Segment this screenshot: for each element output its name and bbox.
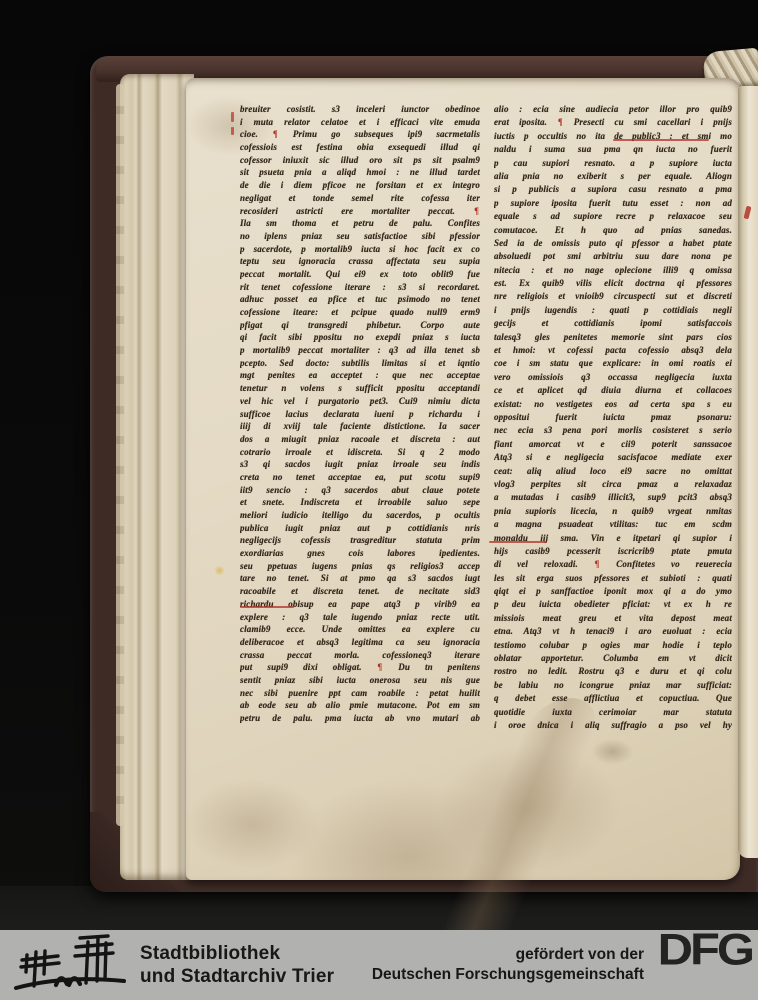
rubric-pilcrow: ¶ — [377, 662, 384, 672]
manuscript-text-line: crassa peccat morla. cofessioneq3 iterar… — [240, 649, 480, 662]
manuscript-text-line: iit9 sencio : q3 sacerdos abut claue pot… — [240, 484, 480, 497]
manuscript-text-line: et hmoi: vt cofessi pacta cofessio absq3… — [494, 344, 732, 357]
manuscript-text-line: teptu seu ignoracia crassa affectata seu… — [240, 255, 480, 268]
manuscript-text-line: si p publicis a supiora casu resnato a p… — [494, 183, 732, 196]
manuscript-text-line: peccat mortalit. Qui ei9 ex toto oblit9 … — [240, 268, 480, 281]
manuscript-text-line: et snete. Indiscreta et irroabile saluo … — [240, 496, 480, 509]
manuscript-text-line: i oroe dnica i aliq suffragio a pso vel … — [494, 719, 732, 732]
manuscript-text-line: nec ecia s3 pena pori morlis cosisteret … — [494, 424, 732, 437]
manuscript-text-line: no iplens pniaz seu satisfactioe sibi pf… — [240, 230, 480, 243]
manuscript-column-left: breuiter cosistit. s3 inceleri iunctor o… — [240, 103, 480, 725]
funding-credit: gefördert von der Deutschen Forschungsge… — [372, 945, 644, 984]
margin-rubric-tick — [231, 112, 234, 122]
footer-banner: Stadtbibliothek und Stadtarchiv Trier ge… — [0, 930, 758, 1000]
manuscript-text-line: Ila sm thoma et petru de palu. Confites — [240, 217, 480, 230]
manuscript-text-line: adhuc posset ea pfice et tuc psimodo no … — [240, 293, 480, 306]
manuscript-text-line: hijs casib9 pcesserit iscricrib9 ptate p… — [494, 545, 732, 558]
manuscript-text-line: p cau supiori resnato. a p supiore iucta — [494, 157, 732, 170]
manuscript-text-line: les sit erga suos pfessores et subioti :… — [494, 572, 732, 585]
manuscript-text-line: qi facit sibi ppositu no exepdi pniaz s … — [240, 331, 480, 344]
manuscript-text-line: iuctis p occultis no ita de public3 : et… — [494, 130, 732, 143]
manuscript-text-line: comutacoe. Et h quo ad pnias sanedas. — [494, 224, 732, 237]
dfg-logo: DFG — [658, 925, 752, 975]
manuscript-text-line: missiois meat greu et vita depost meat — [494, 612, 732, 625]
manuscript-text-line: negligecijs cofessis trasgreditur statut… — [240, 534, 480, 547]
manuscript-text-line: gecijs et cottidianis ipomi satisfaccois — [494, 317, 732, 330]
manuscript-text-line: nitecia : et no nage oplecione illi9 q o… — [494, 264, 732, 277]
facing-page-edge — [738, 86, 758, 858]
manuscript-text-line: de die i diem pficoe ne forsitan et ex i… — [240, 179, 480, 192]
manuscript-text-line: talesq3 gles penitetes memorie sint pars… — [494, 331, 732, 344]
manuscript-text-line: coe i sm statu que explicare: in omi roa… — [494, 357, 732, 370]
manuscript-text-line: naldu i suma sua pma qn iucta no fuerit — [494, 143, 732, 156]
manuscript-text-line: vlog3 perpites sit circa pmaz a relaxada… — [494, 478, 732, 491]
manuscript-text-line: absoluedi pot smi arbitriu suu dare nona… — [494, 250, 732, 263]
manuscript-text-line: explere : q3 tale iugendo pniaz recte ut… — [240, 611, 480, 624]
manuscript-text-line: ab eode seu ab alio pmie mutacone. Pot e… — [240, 699, 480, 712]
manuscript-text-line: tenetur n volens s sufficit ppositu acce… — [240, 382, 480, 395]
manuscript-text-line: equale s ad supiore recre p relaxacoe se… — [494, 210, 732, 223]
manuscript-text-line: dos a miugit pniaz racoale et discreta :… — [240, 433, 480, 446]
background-surface — [0, 886, 758, 930]
funding-credit-line2: Deutschen Forschungsgemeinschaft — [372, 965, 644, 985]
manuscript-text-line: sentit pniaz sibi iucta onerosa seu nis … — [240, 674, 480, 687]
manuscript-text-line: cofessor iniuxit sic illud oro sit ps si… — [240, 154, 480, 167]
manuscript-text-line: vel hic vel i purgatorio pet3. Cui9 nimi… — [240, 395, 480, 408]
manuscript-text-line: sufficoe lacius declarata iueni p richar… — [240, 408, 480, 421]
digitized-manuscript-scan: breuiter cosistit. s3 inceleri iunctor o… — [0, 0, 758, 1000]
manuscript-text-line: pnia supioris licecia, n quib9 vrgeat nm… — [494, 505, 732, 518]
manuscript-text-line: negligat et tonde semel rite cofessa ite… — [240, 192, 480, 205]
manuscript-text-line: ce et aplicet qd diuia diurna et collaco… — [494, 384, 732, 397]
rubric-underline-right-mid — [489, 541, 547, 543]
manuscript-text-line: tare no tenet. Si at pmo qa s3 sacdos iu… — [240, 572, 480, 585]
manuscript-text-line: i pnijs iugendis : quati p cottidiais ne… — [494, 304, 732, 317]
manuscript-text-line: clamib9 ecce. Unde omittes ea explere cu — [240, 623, 480, 636]
photo-of-open-book: breuiter cosistit. s3 inceleri iunctor o… — [0, 0, 758, 930]
manuscript-text-line: ceat: aliq aliud loco ei9 sacre no omitt… — [494, 465, 732, 478]
manuscript-text-line: exordiarias gnes cois labores ipedientes… — [240, 547, 480, 560]
manuscript-text-line: pfigat qi transgredi phibetur. Corpo aut… — [240, 319, 480, 332]
manuscript-text-line: existat: no vestigetes eos ad certa spa … — [494, 398, 732, 411]
manuscript-text-line: a magna psuadeat vtilitas: tuc em scdm — [494, 518, 732, 531]
manuscript-text-line: richardu obisup ea pape atq3 p virib9 ea — [240, 598, 480, 611]
manuscript-text-line: deliberacoe et absq3 legitima ca seu ign… — [240, 636, 480, 649]
manuscript-text-line: erat iposita. ¶ Presecti cu smi cacellar… — [494, 116, 732, 129]
manuscript-text-line: oppositui fuerit iuicta pmaz psonaru: — [494, 411, 732, 424]
manuscript-text-line: put supi9 dixi obligat. ¶ Du tn penitens — [240, 661, 480, 674]
manuscript-text-line: fiant amorcat vt e cii9 poterit sanssaco… — [494, 438, 732, 451]
manuscript-text-line: alia pnia no exiberit s per equale. Alio… — [494, 170, 732, 183]
manuscript-text-line: q debet esse afflictiua et copuctiua. Qu… — [494, 692, 732, 705]
manuscript-text-line: creta no tenet acceptae ea, put scotu su… — [240, 471, 480, 484]
manuscript-text-line: Atq3 si e negligecia sacisfacoe mediate … — [494, 451, 732, 464]
manuscript-text-line: oblatar apportetur. Columba em vt dicit — [494, 652, 732, 665]
manuscript-text-line: recosideri astricti ere mortaliter pecca… — [240, 205, 480, 218]
manuscript-text-line: cioe. ¶ Primu go subseques ipi9 sacrmeta… — [240, 128, 480, 141]
parchment-yellow-spot — [214, 566, 225, 575]
manuscript-page: breuiter cosistit. s3 inceleri iunctor o… — [186, 78, 740, 880]
manuscript-text-line: quotidie iuxta cerimoiar mar statuta — [494, 706, 732, 719]
rubric-pilcrow: ¶ — [557, 117, 564, 127]
rubric-pilcrow: ¶ — [473, 206, 480, 216]
manuscript-text-line: testiomo colubar p ogies mar hodie i tep… — [494, 639, 732, 652]
manuscript-text-line: s3 qi sacdos iugit pniaz irroale seu ind… — [240, 458, 480, 471]
rubric-pilcrow: ¶ — [272, 129, 279, 139]
manuscript-text-line: est. Ex quib9 vilis elicit doctrna qi pf… — [494, 277, 732, 290]
manuscript-text-line: i muta relator celatoe et i efficaci vit… — [240, 116, 480, 129]
manuscript-text-line: be labiu no icongrue pniaz mar sufficiat… — [494, 679, 732, 692]
manuscript-text-line: sit psueta pnia a aliqd hmoi : ne illud … — [240, 166, 480, 179]
manuscript-text-line: publica iugit pniaz aut p cottidianis nr… — [240, 522, 480, 535]
stadtbibliothek-logo-icon — [12, 934, 130, 996]
library-name-line1: Stadtbibliothek — [140, 942, 334, 965]
manuscript-text-line: alio : ecia sine audiecia petor illor pr… — [494, 103, 732, 116]
manuscript-text-line: p supiore iposita fuerit tutu esset : no… — [494, 197, 732, 210]
page-edge-stack — [120, 74, 194, 880]
manuscript-text-line: cofessione iteare: et pcipue quado null9… — [240, 306, 480, 319]
manuscript-text-line: rit tenet cofessione iterare : s3 si rec… — [240, 281, 480, 294]
manuscript-text-line: seu ppetuas iugens pnias qs religios3 ac… — [240, 560, 480, 573]
library-name: Stadtbibliothek und Stadtarchiv Trier — [140, 942, 334, 988]
manuscript-text-line: di vel reloxadi. ¶ Confitetes vo reuerec… — [494, 558, 732, 571]
rubric-pilcrow: ¶ — [594, 559, 601, 569]
manuscript-text-line: etna. Atq3 vt h tenaci9 i aro euoluat : … — [494, 625, 732, 638]
manuscript-text-line: cofessiois est festina obia exsequedi il… — [240, 141, 480, 154]
manuscript-text-line: iiij di xviij tale faciente distictione.… — [240, 420, 480, 433]
manuscript-text-line: nre religiois et vnioib9 circuspecti sut… — [494, 290, 732, 303]
manuscript-text-line: vero omissiois q3 occassa negligecia iux… — [494, 371, 732, 384]
manuscript-text-line: petru de palu. pma iucta ab vno mutari a… — [240, 712, 480, 725]
manuscript-text-line: Sed ia de omissis puto qi pfessor a habe… — [494, 237, 732, 250]
margin-rubric-tick — [231, 127, 234, 135]
manuscript-text-line: breuiter cosistit. s3 inceleri iunctor o… — [240, 103, 480, 116]
library-name-line2: und Stadtarchiv Trier — [140, 965, 334, 988]
rubric-underline-left — [240, 606, 294, 608]
manuscript-text-line: cotrario irroale et idiscreta. Si q 2 mo… — [240, 446, 480, 459]
manuscript-text-line: pcepto. Sed docto: subtilis limitas si e… — [240, 357, 480, 370]
manuscript-text-line: p deu iuicta obedieter pficiat: vt ex h … — [494, 598, 732, 611]
manuscript-text-line: meliori iudicio itelligo du sacerdos, p … — [240, 509, 480, 522]
manuscript-text-line: rostro no ledit. Rostru q3 e duru et qi … — [494, 665, 732, 678]
manuscript-text-line: p mortalib9 peccat mortaliter : q3 ad il… — [240, 344, 480, 357]
manuscript-text-line: qiqt ei p sanffactioe iponit mox qi a do… — [494, 585, 732, 598]
manuscript-text-line: a mutadas i casib9 illicit3, sup9 pcit3 … — [494, 491, 732, 504]
manuscript-text-line: p sacerdote, p mortalib9 iucta si hoc fa… — [240, 243, 480, 256]
manuscript-text-line: mgt penites ea acceptet : que nec accept… — [240, 369, 480, 382]
manuscript-text-line: racoabile et discreta tenet. de necitate… — [240, 585, 480, 598]
rubric-underline-right-top — [613, 139, 709, 141]
manuscript-text-line: nec sibi puenire ppt cam roabile : petat… — [240, 687, 480, 700]
funding-credit-line1: gefördert von der — [372, 945, 644, 965]
manuscript-column-right: alio : ecia sine audiecia petor illor pr… — [494, 103, 732, 732]
